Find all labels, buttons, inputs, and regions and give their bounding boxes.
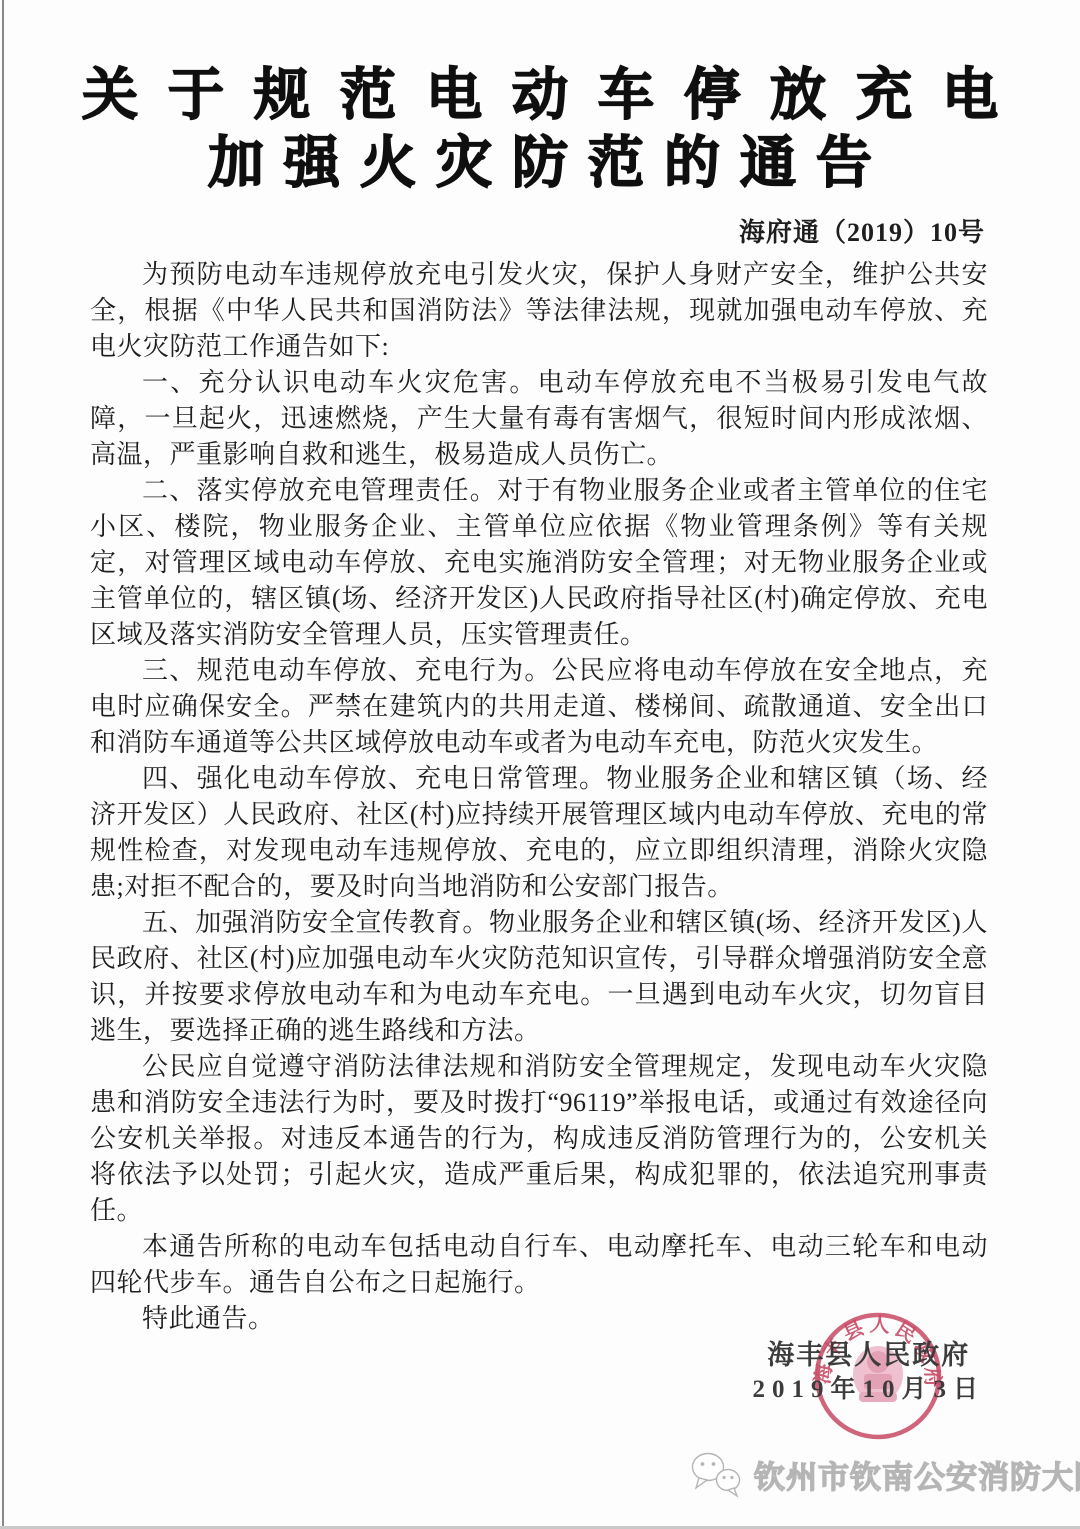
notice-title-line-2: 加强火灾防范的通告	[0, 130, 1080, 198]
notice-paragraph: 四、强化电动车停放、充电日常管理。物业服务企业和辖区镇（场、经济开发区）人民政府…	[90, 761, 988, 905]
notice-title: 关于规范电动车停放充电 加强火灾防范的通告	[0, 0, 1080, 198]
publisher-watermark: 钦州市钦南公安消防大队	[690, 1450, 1080, 1498]
notice-paragraph: 为预防电动车违规停放充电引发火灾，保护人身财产安全，维护公共安全，根据《中华人民…	[90, 257, 988, 365]
wechat-bubbles-icon	[690, 1450, 744, 1498]
notice-body: 为预防电动车违规停放充电引发火灾，保护人身财产安全，维护公共安全，根据《中华人民…	[90, 257, 988, 1337]
watermark-text: 钦州市钦南公安消防大队	[754, 1452, 1080, 1497]
notice-paragraph: 五、加强消防安全宣传教育。物业服务企业和辖区镇(场、经济开发区)人民政府、社区(…	[90, 905, 988, 1049]
document-number: 海府通（2019）10号	[0, 212, 985, 249]
notice-paragraph: 一、充分认识电动车火灾危害。电动车停放充电不当极易引发电气故障，一旦起火，迅速燃…	[90, 365, 988, 473]
signature-org: 海丰县人民政府	[752, 1338, 985, 1372]
notice-paragraph: 公民应自觉遵守消防法律法规和消防安全管理规定，发现电动车火灾隐患和消防安全违法行…	[90, 1049, 988, 1229]
notice-paragraph: 三、规范电动车停放、充电行为。公民应将电动车停放在安全地点，充电时应确保安全。严…	[90, 653, 988, 761]
scan-edge-line	[2, 0, 4, 1529]
notice-title-line-1: 关于规范电动车停放充电	[0, 62, 1080, 130]
signature-block: 海丰县人民政府 2019年10月3日	[752, 1338, 985, 1408]
notice-paragraph: 本通告所称的电动车包括电动自行车、电动摩托车、电动三轮车和电动四轮代步车。通告自…	[90, 1229, 988, 1301]
notice-paragraph: 二、落实停放充电管理责任。对于有物业服务企业或者主管单位的住宅小区、楼院，物业服…	[90, 473, 988, 653]
notice-document-page: 关于规范电动车停放充电 加强火灾防范的通告 海府通（2019）10号 为预防电动…	[0, 0, 1080, 1529]
signature-date: 2019年10月3日	[752, 1372, 985, 1408]
